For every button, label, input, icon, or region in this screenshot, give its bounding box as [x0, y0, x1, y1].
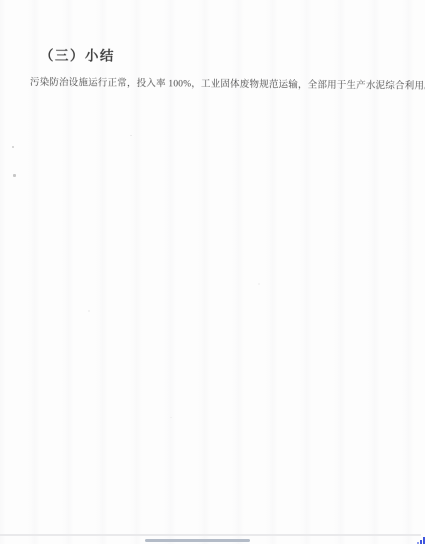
document-page: （三）小结 污染防治设施运行正常，投入率 100%，工业固体废物规范运输，全部用…: [0, 0, 425, 544]
body-paragraph: 污染防治设施运行正常，投入率 100%，工业固体废物规范运输，全部用于生产水泥综…: [30, 77, 422, 93]
page-bottom-rule: [0, 534, 421, 536]
scan-speck: [170, 417, 172, 418]
horizontal-scrollbar-thumb[interactable]: [145, 539, 250, 542]
scan-speck: [13, 174, 16, 177]
scan-speck: [130, 135, 132, 136]
scan-speck: [88, 310, 90, 312]
scan-speck: [12, 146, 14, 148]
section-heading: （三）小结: [40, 44, 115, 64]
scan-speck: [258, 283, 260, 285]
resize-grip-icon[interactable]: [417, 537, 425, 544]
